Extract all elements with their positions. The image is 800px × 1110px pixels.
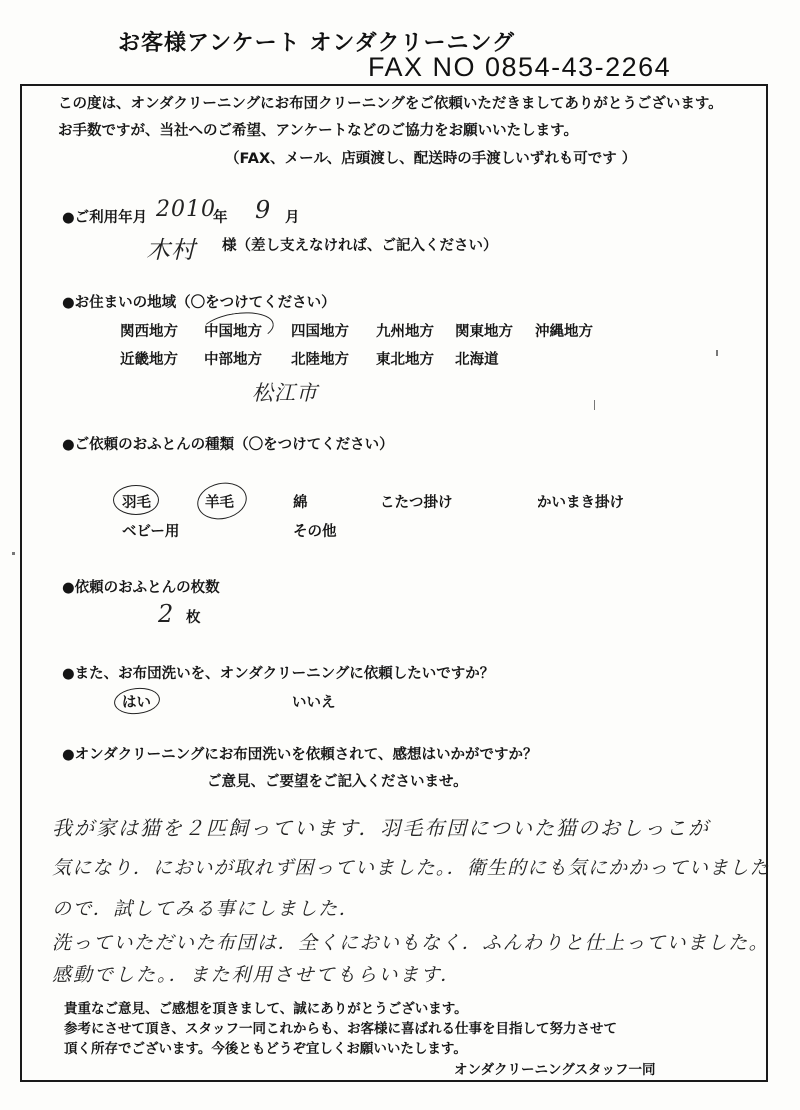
impressions-sublabel: ご意見、ご要望をご記入くださいませ。 <box>207 770 468 791</box>
region-option-okinawa[interactable]: 沖縄地方 <box>535 320 593 341</box>
request-again-yes[interactable]: はい <box>122 691 151 712</box>
futon-option-kotatsu[interactable]: こたつ掛け <box>380 491 453 512</box>
region-option-chugoku[interactable]: 中国地方 <box>204 320 262 341</box>
closing-line-1: 貴重なご意見、ご感想を頂きまして、誠にありがとうございます。 <box>64 997 468 1017</box>
region-option-kanto[interactable]: 関東地方 <box>455 320 513 341</box>
closing-line-3: 頂く所存でございます。今後ともどうぞ宜しくお願いいたします。 <box>64 1037 467 1057</box>
scan-speck <box>594 400 595 410</box>
closing-line-2: 参考にさせて頂き、スタッフ一同これからも、お客様に喜ばれる仕事を目指して努力させ… <box>64 1017 617 1037</box>
futon-option-baby[interactable]: ベビー用 <box>122 520 179 541</box>
request-again-label: ●また、お布団洗いを、オンダクリーニングに依頼したいですか？ <box>62 662 494 683</box>
futon-type-label: ●ご依頼のおふとんの種類（〇をつけてください） <box>62 433 394 454</box>
impressions-label: ●オンダクリーニングにお布団洗いを依頼されて、感想はいかがですか？ <box>62 743 538 764</box>
usage-year-input[interactable]: 2010 <box>156 197 216 222</box>
request-again-no[interactable]: いいえ <box>292 691 336 712</box>
city-handwritten[interactable]: 松江市 <box>252 377 318 407</box>
futon-option-wool[interactable]: 羊毛 <box>205 491 234 512</box>
intro-line-2: お手数ですが、当社へのご希望、アンケートなどのご協力をお願いいたします。 <box>58 119 578 140</box>
usage-date-label: ●ご利用年月 <box>62 206 147 227</box>
intro-line-1: この度は、オンダクリーニングにお布団クリーニングをご依頼いただきましてありがとう… <box>58 92 723 113</box>
fax-number: FAX NO 0854-43-2264 <box>368 52 671 83</box>
region-option-shikoku[interactable]: 四国地方 <box>291 320 349 341</box>
scan-speck <box>716 350 718 356</box>
region-option-kinki[interactable]: 近畿地方 <box>120 348 178 369</box>
region-option-kansai[interactable]: 関西地方 <box>120 320 178 341</box>
futon-count-label: ●依頼のおふとんの枚数 <box>62 576 220 597</box>
region-label: ●お住まいの地域（〇をつけてください） <box>62 291 336 312</box>
scan-speck <box>12 552 15 555</box>
impressions-line-3[interactable]: ので．試してみる事にしました． <box>52 894 359 921</box>
impressions-line-5[interactable]: 感動でした。．また利用させてもらいます． <box>52 960 461 987</box>
impressions-line-1[interactable]: 我が家は猫を２匹飼っています．羽毛布団についた猫のおしっこが <box>52 812 710 841</box>
intro-line-3: （FAX、メール、店頭渡し、配送時の手渡しいずれも可です ） <box>225 147 636 168</box>
futon-option-down[interactable]: 羽毛 <box>122 491 151 512</box>
futon-option-other[interactable]: その他 <box>293 520 337 541</box>
region-option-hokuriku[interactable]: 北陸地方 <box>291 348 349 369</box>
region-option-hokkaido[interactable]: 北海道 <box>455 348 499 369</box>
futon-count-unit: 枚 <box>186 606 201 627</box>
usage-month-input[interactable]: 9 <box>255 196 271 224</box>
futon-option-kaimaki[interactable]: かいまき掛け <box>537 491 624 512</box>
usage-month-unit: 月 <box>285 206 300 227</box>
region-option-chubu[interactable]: 中部地方 <box>204 348 262 369</box>
region-option-tohoku[interactable]: 東北地方 <box>376 348 434 369</box>
usage-year-unit: 年 <box>213 206 228 227</box>
futon-count-input[interactable]: 2 <box>158 600 174 628</box>
futon-option-cotton[interactable]: 綿 <box>293 491 308 512</box>
region-option-kyushu[interactable]: 九州地方 <box>376 320 434 341</box>
customer-name-suffix: 様（差し支えなければ、ご記入ください） <box>222 234 498 255</box>
customer-name-input[interactable]: 木村 <box>146 230 196 265</box>
closing-signature: オンダクリーニングスタッフ一同 <box>454 1058 656 1078</box>
impressions-line-2[interactable]: 気になり．においが取れず困っていました。．衛生的にも気にかかっていました <box>52 853 770 880</box>
impressions-line-4[interactable]: 洗っていただいた布団は．全くにおいもなく．ふんわりと仕上っていました。 <box>52 928 769 955</box>
